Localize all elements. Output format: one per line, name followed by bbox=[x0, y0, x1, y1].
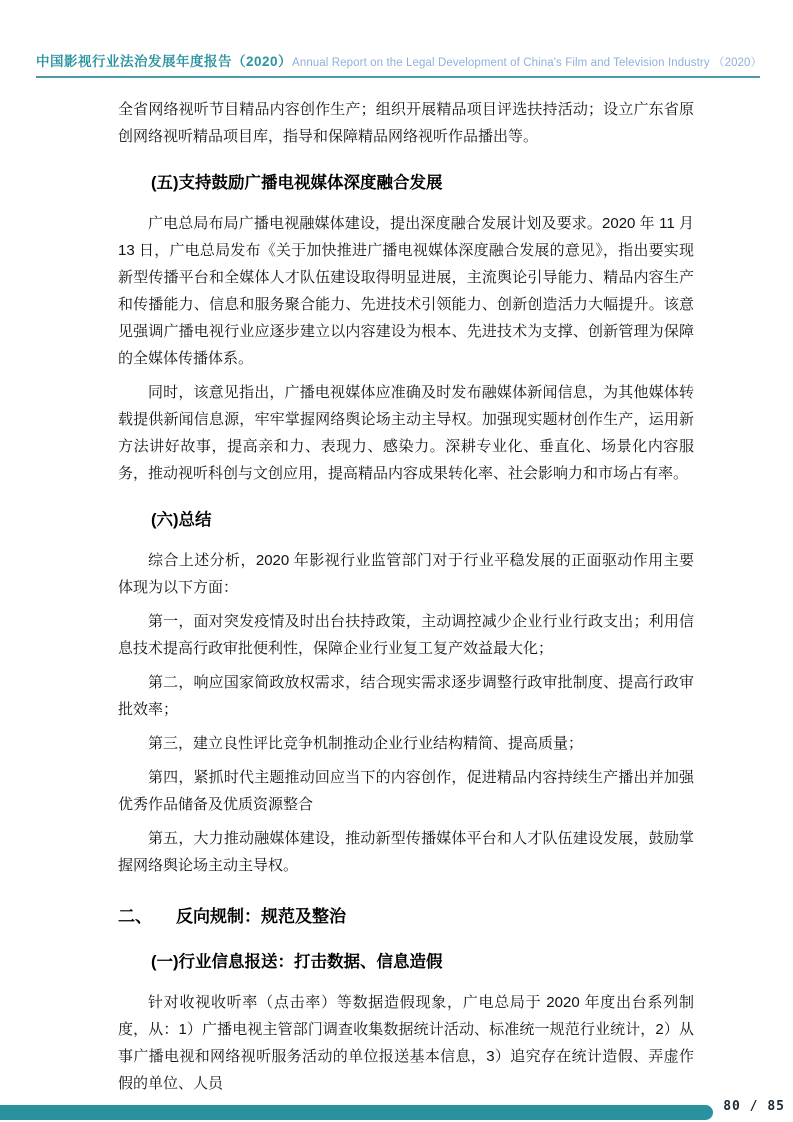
section-title: 反向规制：规范及整治 bbox=[176, 907, 346, 926]
paragraph: 针对收视收听率（点击率）等数据造假现象，广电总局于 2020 年度出台系列制度，… bbox=[118, 989, 694, 1097]
paragraph: 第二，响应国家简政放权需求，结合现实需求逐步调整行政审批制度、提高行政审批效率； bbox=[118, 669, 694, 723]
paragraph: 广电总局布局广播电视融媒体建设，提出深度融合发展计划及要求。2020 年 11 … bbox=[118, 210, 694, 372]
section-heading: 二、反向规制：规范及整治 bbox=[118, 904, 694, 929]
section-number: 二、 bbox=[118, 904, 152, 929]
report-title-zh: 中国影视行业法治发展年度报告（2020） bbox=[36, 50, 292, 70]
paragraph: 第一，面对突发疫情及时出台扶持政策，主动调控减少企业行业行政支出；利用信息技术提… bbox=[118, 608, 694, 662]
subsection-heading: (一)行业信息报送：打击数据、信息造假 bbox=[118, 950, 694, 974]
subsection-heading: (六)总结 bbox=[118, 508, 694, 532]
paragraph: 同时，该意见指出，广播电视媒体应准确及时发布融媒体新闻信息，为其他媒体转载提供新… bbox=[118, 379, 694, 487]
footer-accent-bar bbox=[0, 1105, 713, 1120]
paragraph: 全省网络视听节目精品内容创作生产；组织开展精品项目评选扶持活动；设立广东省原创网… bbox=[118, 96, 694, 150]
paragraph: 第三，建立良性评比竞争机制推动企业行业结构精简、提高质量； bbox=[118, 730, 694, 757]
paragraph: 综合上述分析，2020 年影视行业监管部门对于行业平稳发展的正面驱动作用主要体现… bbox=[118, 547, 694, 601]
report-page: 中国影视行业法治发展年度报告（2020） Annual Report on th… bbox=[0, 0, 793, 1122]
page-number: 80 / 85 bbox=[723, 1099, 785, 1114]
report-title-en: Annual Report on the Legal Development o… bbox=[292, 54, 762, 70]
subsection-heading: (五)支持鼓励广播电视媒体深度融合发展 bbox=[118, 171, 694, 195]
paragraph: 第四，紧抓时代主题推动回应当下的内容创作，促进精品内容持续生产播出并加强优秀作品… bbox=[118, 764, 694, 818]
paragraph: 第五，大力推动融媒体建设，推动新型传播媒体平台和人才队伍建设发展，鼓励掌握网络舆… bbox=[118, 825, 694, 879]
document-body: 全省网络视听节目精品内容创作生产；组织开展精品项目评选扶持活动；设立广东省原创网… bbox=[118, 96, 694, 1104]
page-header: 中国影视行业法治发展年度报告（2020） Annual Report on th… bbox=[36, 50, 760, 78]
